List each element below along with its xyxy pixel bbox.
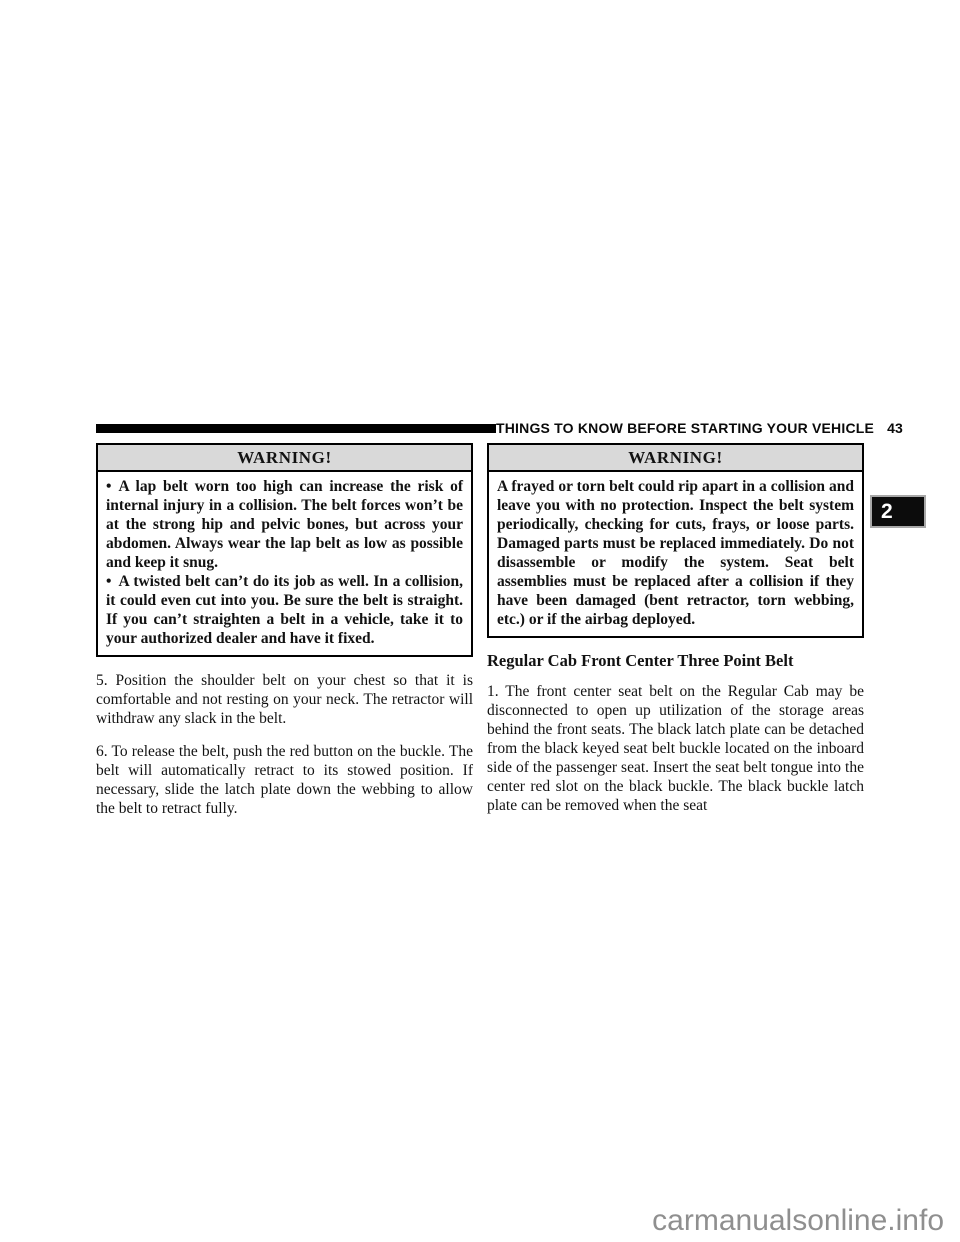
left-column: WARNING! •A lap belt worn too high can i… [96, 443, 473, 818]
warning-bullet-text: A lap belt worn too high can increase th… [106, 478, 463, 571]
warning-title: WARNING! [489, 445, 862, 472]
right-column: WARNING! A frayed or torn belt could rip… [487, 443, 864, 815]
header-rule-bar [96, 424, 496, 433]
warning-title: WARNING! [98, 445, 471, 472]
section-heading: Regular Cab Front Center Three Point Bel… [487, 651, 864, 671]
warning-bullet-item: •A lap belt worn too high can increase t… [106, 477, 463, 572]
step-5-paragraph: 5. Position the shoulder belt on your ch… [96, 671, 473, 728]
warning-text: A frayed or torn belt could rip apart in… [497, 477, 854, 629]
manual-page: THINGS TO KNOW BEFORE STARTING YOUR VEHI… [0, 0, 960, 1242]
warning-bullet-item: •A twisted belt can’t do its job as well… [106, 572, 463, 648]
step-6-paragraph: 6. To release the belt, push the red but… [96, 742, 473, 818]
warning-bullet-text: A twisted belt can’t do its job as well.… [106, 573, 463, 647]
watermark-text: carmanualsonline.info [652, 1204, 944, 1238]
chapter-tab-badge: 2 [870, 495, 926, 528]
warning-body: •A lap belt worn too high can increase t… [98, 472, 471, 655]
warning-box-lap-belt: WARNING! •A lap belt worn too high can i… [96, 443, 473, 657]
step-1-paragraph: 1. The front center seat belt on the Reg… [487, 682, 864, 815]
running-header-title: THINGS TO KNOW BEFORE STARTING YOUR VEHI… [496, 420, 874, 436]
warning-box-frayed-belt: WARNING! A frayed or torn belt could rip… [487, 443, 864, 638]
running-header: THINGS TO KNOW BEFORE STARTING YOUR VEHI… [496, 419, 864, 437]
page-number: 43 [887, 420, 903, 436]
bullet-icon: • [106, 478, 118, 495]
warning-body: A frayed or torn belt could rip apart in… [489, 472, 862, 636]
bullet-icon: • [106, 573, 118, 590]
content-columns: WARNING! •A lap belt worn too high can i… [96, 443, 864, 818]
